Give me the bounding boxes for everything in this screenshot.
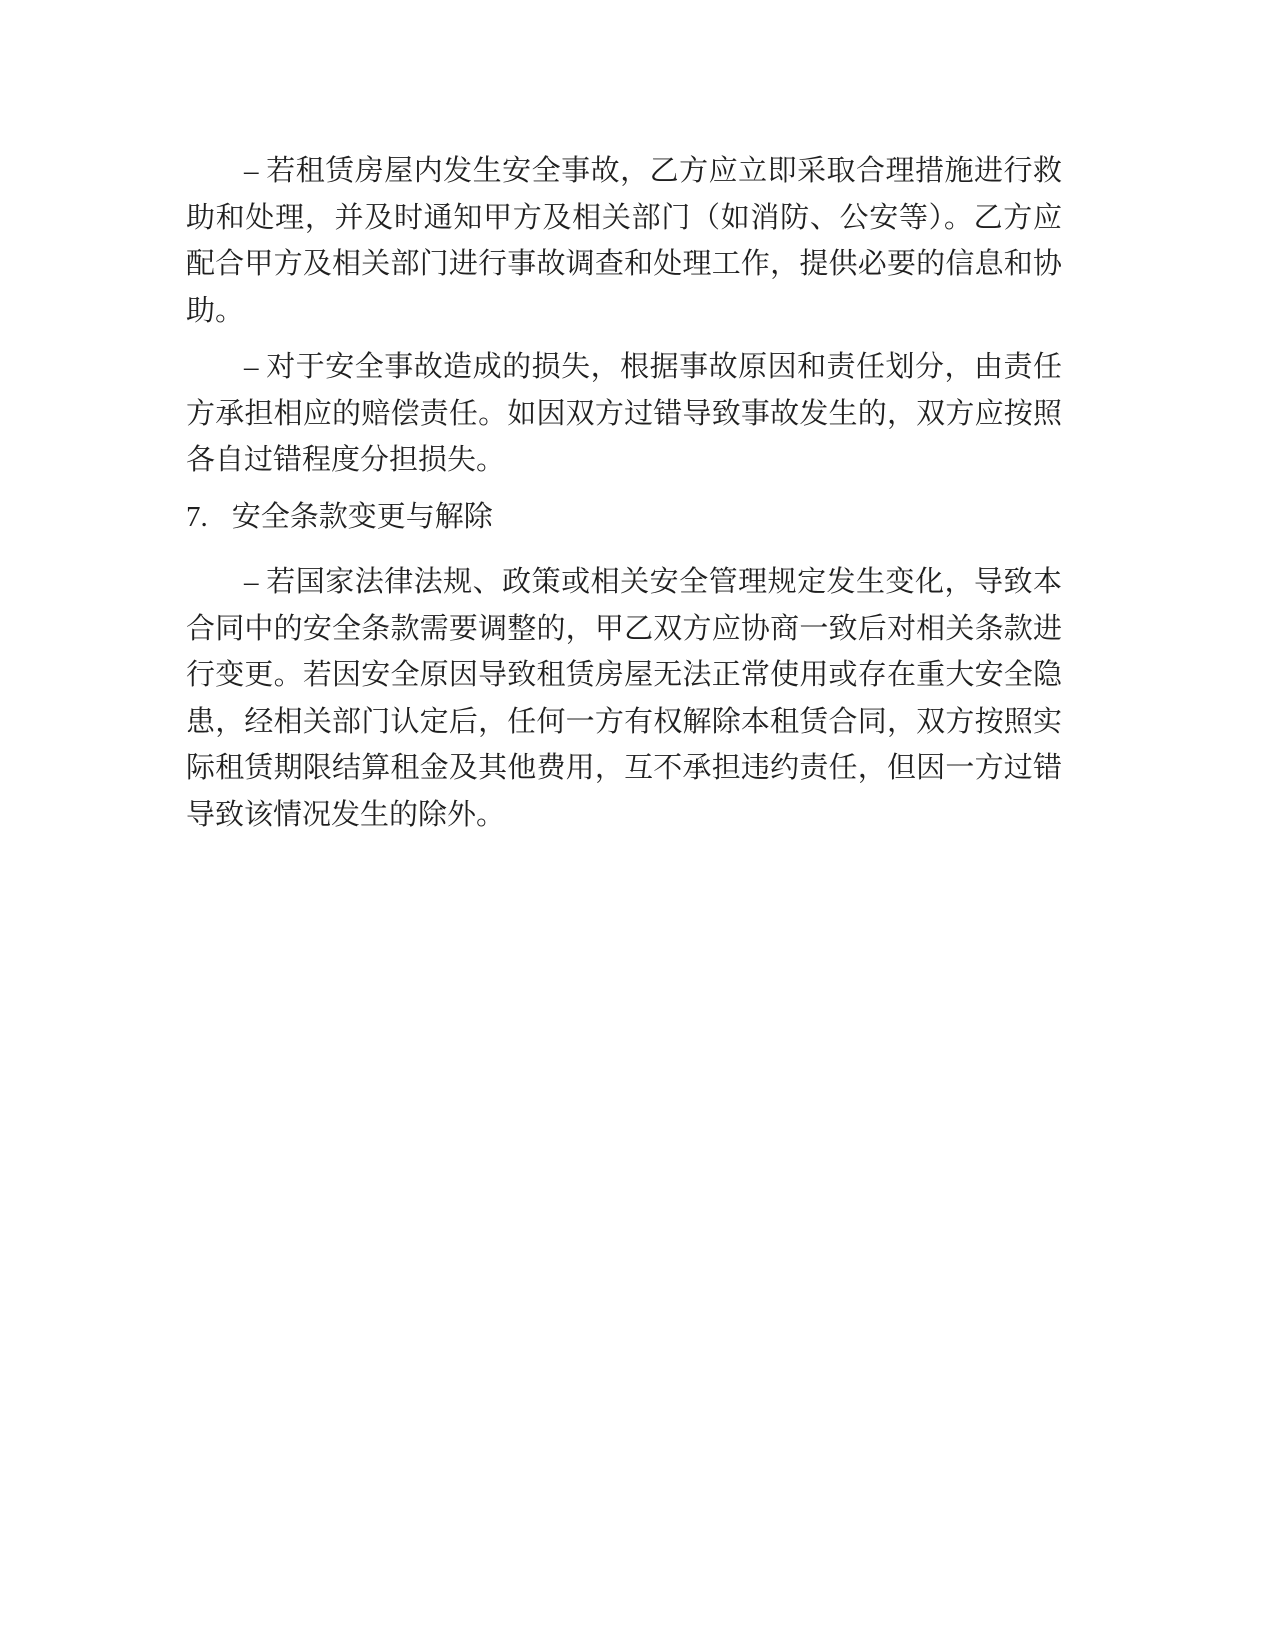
section-heading: 7.安全条款变更与解除 xyxy=(186,494,1062,541)
clause-paragraph-accident-handling: – 若租赁房屋内发生安全事故，乙方应立即采取合理措施进行救助和处理，并及时通知甲… xyxy=(186,148,1062,334)
section-number: 7. xyxy=(186,494,208,541)
section-title: 安全条款变更与解除 xyxy=(232,501,493,533)
clause-paragraph-loss-liability: – 对于安全事故造成的损失，根据事故原因和责任划分，由责任方承担相应的赔偿责任。… xyxy=(186,344,1062,484)
clause-paragraph-change-termination: – 若国家法律法规、政策或相关安全管理规定发生变化，导致本合同中的安全条款需要调… xyxy=(186,559,1062,838)
document-page: – 若租赁房屋内发生安全事故，乙方应立即采取合理措施进行救助和处理，并及时通知甲… xyxy=(0,0,1275,1650)
